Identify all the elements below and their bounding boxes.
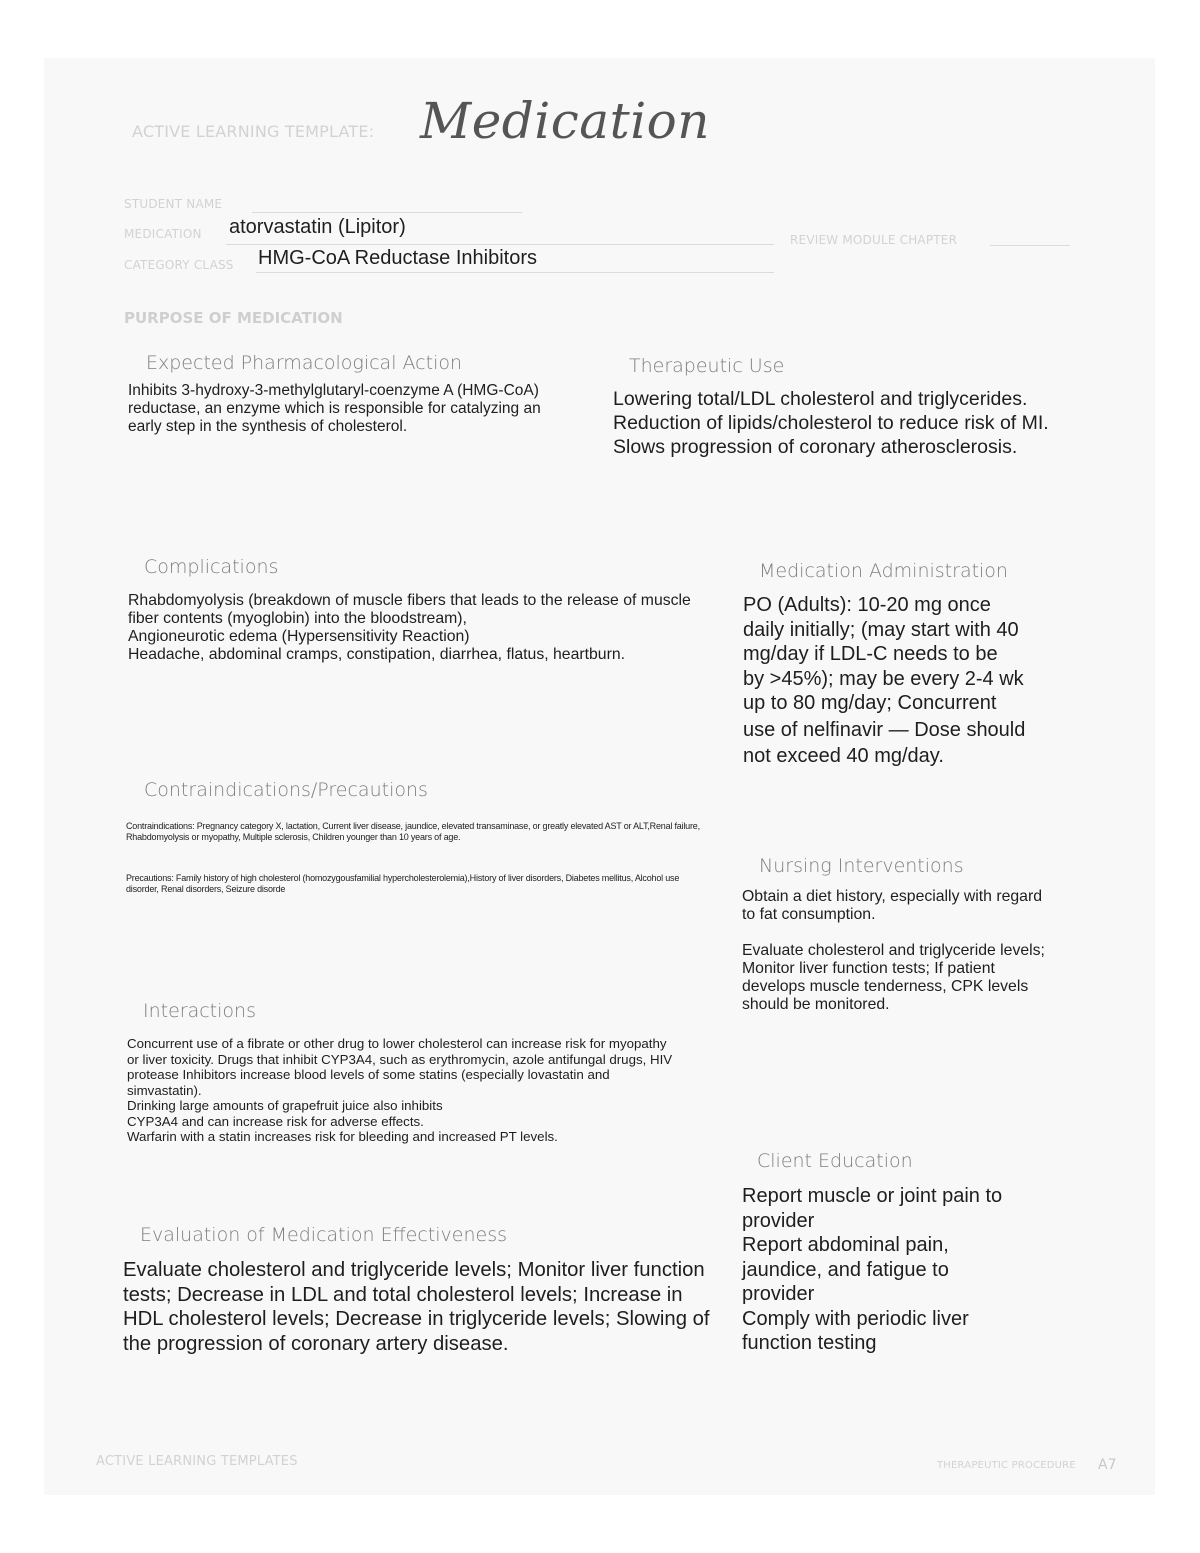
section-paragraph: Evaluate cholesterol and triglyceride le… bbox=[742, 942, 1052, 1014]
section-heading: Complications bbox=[144, 556, 718, 578]
medication-label: MEDICATION bbox=[124, 227, 202, 241]
section-line: Report abdominal pain, jaundice, and fat… bbox=[742, 1233, 992, 1307]
section-heading: Medication Administration bbox=[759, 560, 1083, 582]
section-text: Inhibits 3-hydroxy-3-methylglutaryl-coen… bbox=[128, 382, 568, 436]
page-number: A7 bbox=[1098, 1457, 1116, 1473]
section-line: Warfarin with a statin increases risk fo… bbox=[127, 1129, 675, 1145]
section-heading: Nursing Interventions bbox=[759, 855, 1052, 877]
section-therapeutic-use: Therapeutic Use Lowering total/LDL chole… bbox=[613, 355, 1053, 459]
section-line: Headache, abdominal cramps, constipation… bbox=[128, 646, 658, 664]
page-title: Medication bbox=[420, 92, 710, 150]
section-interactions: Interactions Concurrent use of a fibrate… bbox=[127, 1000, 675, 1145]
section-line: up to 80 mg/day; Concurrent bbox=[743, 691, 1083, 716]
review-module-field[interactable] bbox=[990, 245, 1070, 246]
section-line: mg/day if LDL-C needs to be bbox=[743, 642, 1083, 667]
medication-value: atorvastatin (Lipitor) bbox=[229, 216, 406, 239]
section-line: by >45%); may be every 2-4 wk bbox=[743, 667, 1083, 692]
section-nursing-interventions: Nursing Interventions Obtain a diet hist… bbox=[742, 855, 1052, 1014]
section-line: daily initially; (may start with 40 bbox=[743, 618, 1083, 643]
section-med-admin: Medication Administration PO (Adults): 1… bbox=[743, 560, 1083, 769]
section-line: not exceed 40 mg/day. bbox=[743, 744, 1083, 769]
section-complications: Complications Rhabdomyolysis (breakdown … bbox=[128, 556, 718, 664]
section-line: use of nelfinavir — Dose should bbox=[743, 718, 1083, 743]
section-client-education: Client Education Report muscle or joint … bbox=[742, 1150, 1052, 1356]
student-name-label: STUDENT NAME bbox=[124, 197, 222, 211]
section-evaluation: Evaluation of Medication Effectiveness E… bbox=[123, 1224, 713, 1356]
footer-right: THERAPEUTIC PROCEDURE bbox=[937, 1460, 1076, 1471]
section-line: Angioneurotic edema (Hypersensitivity Re… bbox=[128, 628, 718, 646]
contraindications-text: Contraindications: Pregnancy category X,… bbox=[126, 821, 706, 843]
section-line: CYP3A4 and can increase risk for adverse… bbox=[127, 1114, 675, 1130]
section-heading: Evaluation of Medication Effectiveness bbox=[140, 1224, 713, 1246]
student-name-field[interactable] bbox=[252, 212, 522, 213]
section-heading: Contraindications/Precautions bbox=[144, 779, 706, 801]
section-line: Concurrent use of a fibrate or other dru… bbox=[127, 1036, 675, 1098]
section-line: Rhabdomyolysis (breakdown of muscle fibe… bbox=[128, 592, 718, 628]
section-line: Drinking large amounts of grapefruit jui… bbox=[127, 1098, 675, 1114]
category-class-value: HMG-CoA Reductase Inhibitors bbox=[258, 247, 537, 270]
section-line: Report muscle or joint pain to provider bbox=[742, 1184, 1042, 1233]
section-text: Evaluate cholesterol and triglyceride le… bbox=[123, 1258, 713, 1356]
section-text: Lowering total/LDL cholesterol and trigl… bbox=[613, 387, 1053, 459]
section-contraindications: Contraindications/Precautions Contraindi… bbox=[126, 779, 706, 895]
section-heading: Client Education bbox=[757, 1150, 1052, 1172]
template-prefix: ACTIVE LEARNING TEMPLATE: bbox=[132, 122, 374, 141]
section-pharm-action: Expected Pharmacological Action Inhibits… bbox=[128, 352, 568, 436]
purpose-heading: PURPOSE OF MEDICATION bbox=[124, 309, 343, 327]
precautions-text: Precautions: Family history of high chol… bbox=[126, 873, 706, 895]
footer-left: ACTIVE LEARNING TEMPLATES bbox=[96, 1454, 298, 1469]
medication-field[interactable] bbox=[226, 244, 774, 245]
category-class-label: CATEGORY CLASS bbox=[124, 258, 234, 272]
section-heading: Expected Pharmacological Action bbox=[146, 352, 568, 374]
category-class-field[interactable] bbox=[256, 272, 774, 273]
section-line: Comply with periodic liver function test… bbox=[742, 1307, 1002, 1356]
section-heading: Therapeutic Use bbox=[629, 355, 1053, 377]
section-paragraph: Obtain a diet history, especially with r… bbox=[742, 888, 1052, 924]
section-heading: Interactions bbox=[143, 1000, 675, 1022]
review-module-label: REVIEW MODULE CHAPTER bbox=[790, 233, 957, 247]
section-line: PO (Adults): 10-20 mg once bbox=[743, 593, 1083, 618]
